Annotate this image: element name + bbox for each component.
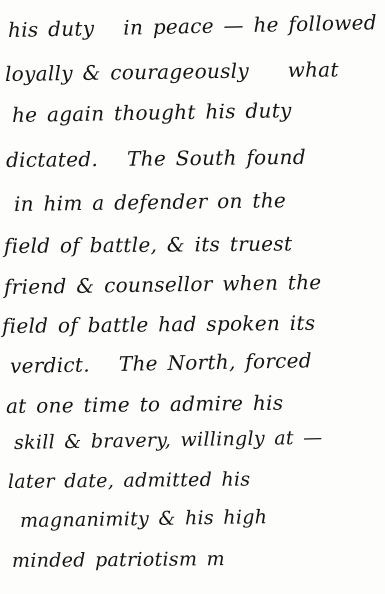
manuscript-line: friend & counsellor when the xyxy=(4,272,322,297)
manuscript-line: later date, admitted his xyxy=(8,470,251,492)
manuscript-line: his duty in peace — he followed xyxy=(8,12,377,40)
manuscript-line: dictated. The South found xyxy=(6,147,306,170)
manuscript-line: skill & bravery, willingly at — xyxy=(14,429,323,453)
manuscript-line: in him a defender on the xyxy=(14,190,286,214)
manuscript-line: field of battle, & its truest xyxy=(4,233,292,256)
manuscript-line: minded patriotism m xyxy=(12,550,225,571)
manuscript-line: field of battle had spoken its xyxy=(2,313,316,336)
manuscript-line: he again thought his duty xyxy=(12,100,292,125)
manuscript-line: loyally & courageously what xyxy=(5,59,339,84)
manuscript-line: magnanimity & his high xyxy=(20,508,268,531)
manuscript-line: verdict. The North, forced xyxy=(10,350,312,376)
manuscript-line: at one time to admire his xyxy=(6,393,284,416)
manuscript-page: his duty in peace — he followed loyally … xyxy=(0,0,385,594)
